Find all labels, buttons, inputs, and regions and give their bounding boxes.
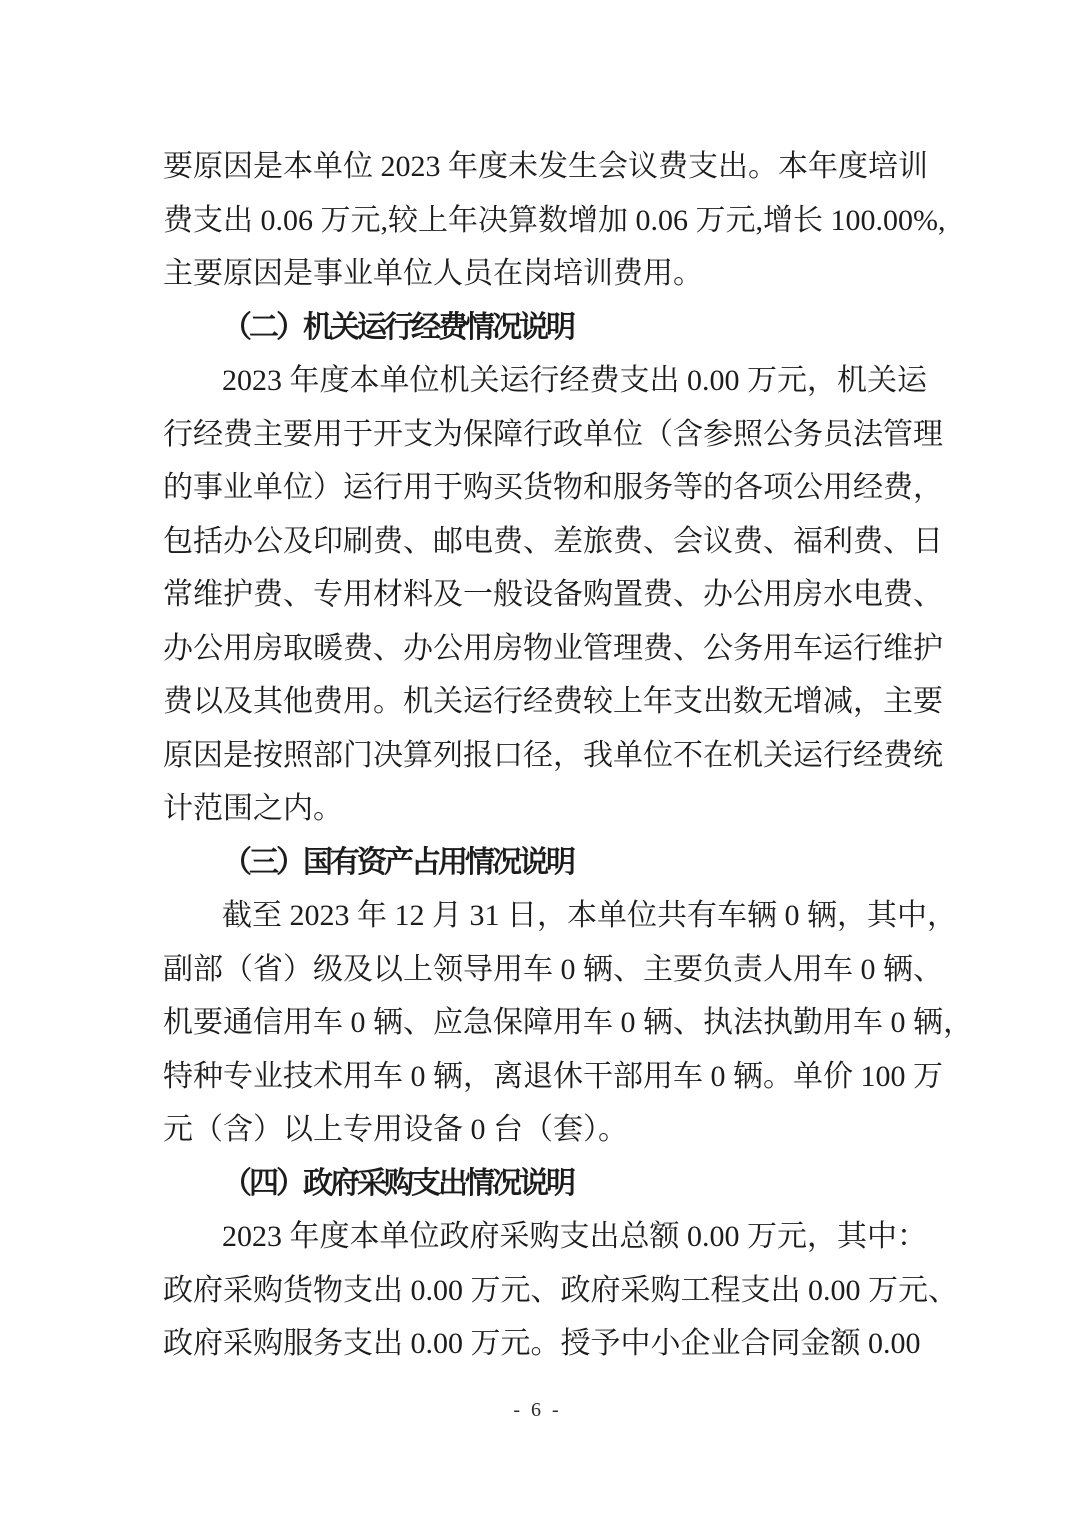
text-line: 的事业单位）运行用于购买货物和服务等的各项公用经费， (163, 461, 915, 515)
page-number: - 6 - (0, 1399, 1075, 1422)
document-body: 要原因是本单位 2023 年度未发生会议费支出。本年度培训 费支出 0.06 万… (163, 140, 915, 1371)
heading-org-operating-expenses: （二）机关运行经费情况说明 (163, 301, 915, 355)
text-line: 主要原因是事业单位人员在岗培训费用。 (163, 247, 915, 301)
text-line: 费以及其他费用。机关运行经费较上年支出数无增减，主要 (163, 675, 915, 729)
text-line: 常维护费、专用材料及一般设备购置费、办公用房水电费、 (163, 568, 915, 622)
text-line: 计范围之内。 (163, 782, 915, 836)
text-line: 政府采购货物支出 0.00 万元、政府采购工程支出 0.00 万元、 (163, 1264, 915, 1318)
text-line: 行经费主要用于开支为保障行政单位（含参照公务员法管理 (163, 408, 915, 462)
text-line: 政府采购服务支出 0.00 万元。授予中小企业合同金额 0.00 (163, 1317, 915, 1371)
heading-gov-procurement: （四）政府采购支出情况说明 (163, 1157, 915, 1211)
text-line: 机要通信用车 0 辆、应急保障用车 0 辆、执法执勤用车 0 辆， (163, 996, 915, 1050)
text-line: 特种专业技术用车 0 辆，离退休干部用车 0 辆。单价 100 万 (163, 1050, 915, 1104)
text-line: 包括办公及印刷费、邮电费、差旅费、会议费、福利费、日 (163, 515, 915, 569)
text-line: 要原因是本单位 2023 年度未发生会议费支出。本年度培训 (163, 140, 915, 194)
document-page: 要原因是本单位 2023 年度未发生会议费支出。本年度培训 费支出 0.06 万… (0, 0, 1075, 1520)
text-line: 费支出 0.06 万元,较上年决算数增加 0.06 万元,增长 100.00%, (163, 194, 915, 248)
text-line: 副部（省）级及以上领导用车 0 辆、主要负责人用车 0 辆、 (163, 943, 915, 997)
text-line: 办公用房取暖费、办公用房物业管理费、公务用车运行维护 (163, 622, 915, 676)
text-line: 元（含）以上专用设备 0 台（套）。 (163, 1103, 915, 1157)
text-line: 2023 年度本单位机关运行经费支出 0.00 万元，机关运 (163, 354, 915, 408)
text-line: 截至 2023 年 12 月 31 日，本单位共有车辆 0 辆，其中， (163, 889, 915, 943)
text-line: 2023 年度本单位政府采购支出总额 0.00 万元，其中： (163, 1210, 915, 1264)
heading-state-assets: （三）国有资产占用情况说明 (163, 836, 915, 890)
text-line: 原因是按照部门决算列报口径，我单位不在机关运行经费统 (163, 729, 915, 783)
